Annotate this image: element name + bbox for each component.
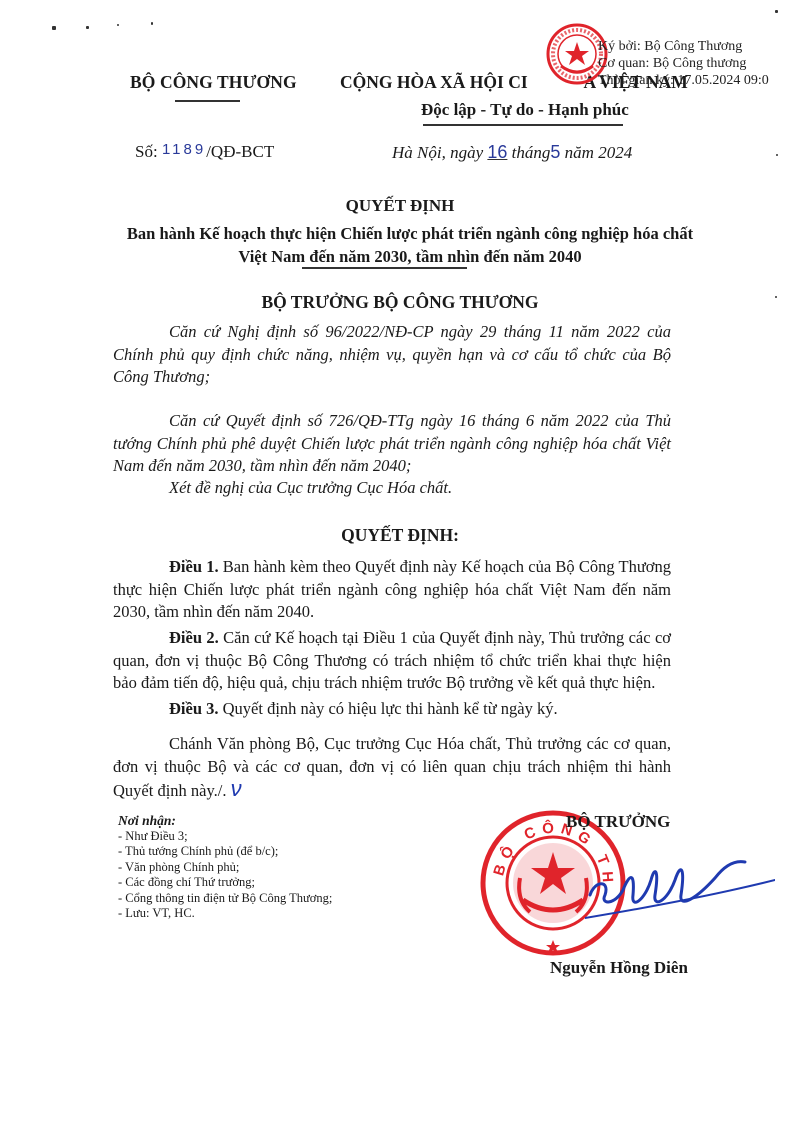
handwritten-signature-icon — [585, 850, 775, 930]
issuing-organization: BỘ CÔNG THƯƠNG — [130, 72, 330, 93]
number-suffix: /QĐ-BCT — [206, 142, 274, 161]
signer-title: BỘ TRƯỞNG — [566, 812, 670, 832]
recipient-item: - Cổng thông tin điện tử Bộ Công Thương; — [118, 891, 332, 907]
signed-by: Ký bởi: Bộ Công Thương — [598, 38, 769, 55]
place-date-prefix: Hà Nội, ngày — [392, 143, 483, 162]
signing-agency: Cơ quan: Bộ Công thương — [598, 55, 769, 72]
org-underline — [175, 100, 240, 102]
recipients-list: Nơi nhận: - Như Điều 3; - Thủ tướng Chín… — [118, 813, 332, 922]
handwritten-day: 16 — [487, 142, 507, 162]
document-number: Số: 1189/QĐ-BCT — [135, 141, 274, 162]
recipient-item: - Văn phòng Chính phủ; — [118, 860, 332, 876]
signer-name: Nguyễn Hồng Diên — [550, 958, 688, 978]
article-2: Điều 2. Căn cứ Kế hoạch tại Điều 1 của Q… — [113, 627, 671, 695]
handwritten-number: 1189 — [162, 141, 206, 158]
recipient-item: - Các đồng chí Thứ trưởng; — [118, 875, 332, 891]
scan-speck — [86, 26, 89, 29]
month-label: tháng — [512, 143, 551, 162]
legal-basis-2: Căn cứ Quyết định số 726/QĐ-TTg ngày 16 … — [113, 410, 671, 478]
handwritten-initial: ν — [231, 776, 242, 801]
recipient-item: - Như Điều 3; — [118, 829, 332, 845]
recipient-item: - Thủ tướng Chính phủ (để b/c); — [118, 844, 332, 860]
motto-underline — [423, 124, 623, 126]
legal-basis-text: Căn cứ Quyết định số 726/QĐ-TTg ngày 16 … — [113, 411, 671, 475]
recipient-item: - Lưu: VT, HC. — [118, 906, 332, 922]
document-subject: Ban hành Kế hoạch thực hiện Chiến lược p… — [115, 222, 705, 268]
scan-speck — [775, 10, 778, 13]
implementation-clause: Chánh Văn phòng Bộ, Cục trưởng Cục Hóa c… — [113, 733, 671, 803]
article-1: Điều 1. Ban hành kèm theo Quyết định này… — [113, 556, 671, 624]
number-prefix: Số: — [135, 142, 158, 161]
decides-heading: QUYẾT ĐỊNH: — [0, 525, 800, 546]
legal-basis-text: Xét đề nghị của Cục trưởng Cục Hóa chất. — [169, 478, 452, 497]
scan-speck — [117, 24, 119, 26]
article-label: Điều 1. — [169, 557, 219, 576]
legal-basis-1: Căn cứ Nghị định số 96/2022/NĐ-CP ngày 2… — [113, 321, 671, 389]
legal-basis-text: Căn cứ Nghị định số 96/2022/NĐ-CP ngày 2… — [113, 322, 671, 386]
article-3: Điều 3. Quyết định này có hiệu lực thi h… — [113, 698, 671, 721]
clause-text: Chánh Văn phòng Bộ, Cục trưởng Cục Hóa c… — [113, 734, 671, 800]
recipients-heading: Nơi nhận: — [118, 813, 332, 829]
article-label: Điều 2. — [169, 628, 219, 647]
article-text: Quyết định này có hiệu lực thi hành kể t… — [219, 699, 558, 718]
digital-signature-info: Ký bởi: Bộ Công Thương Cơ quan: Bộ Công … — [598, 38, 769, 89]
issuing-authority: BỘ TRƯỞNG BỘ CÔNG THƯƠNG — [0, 292, 800, 313]
scan-speck — [776, 154, 778, 156]
scan-speck — [52, 26, 56, 30]
nation-title-head: CỘNG HÒA XÃ HỘI CI — [340, 72, 528, 92]
signing-time: Thời gian ký: 17.05.2024 09:0 — [598, 72, 769, 89]
handwritten-month: 5 — [550, 142, 560, 162]
article-label: Điều 3. — [169, 699, 219, 718]
year-label: năm 2024 — [565, 143, 633, 162]
national-motto: Độc lập - Tự do - Hạnh phúc — [421, 100, 671, 120]
scan-speck — [151, 22, 153, 25]
subject-underline — [302, 267, 467, 269]
place-and-date: Hà Nội, ngày 16 tháng5 năm 2024 — [392, 142, 632, 163]
legal-basis-3: Xét đề nghị của Cục trưởng Cục Hóa chất. — [113, 477, 671, 500]
document-type-heading: QUYẾT ĐỊNH — [0, 196, 800, 216]
